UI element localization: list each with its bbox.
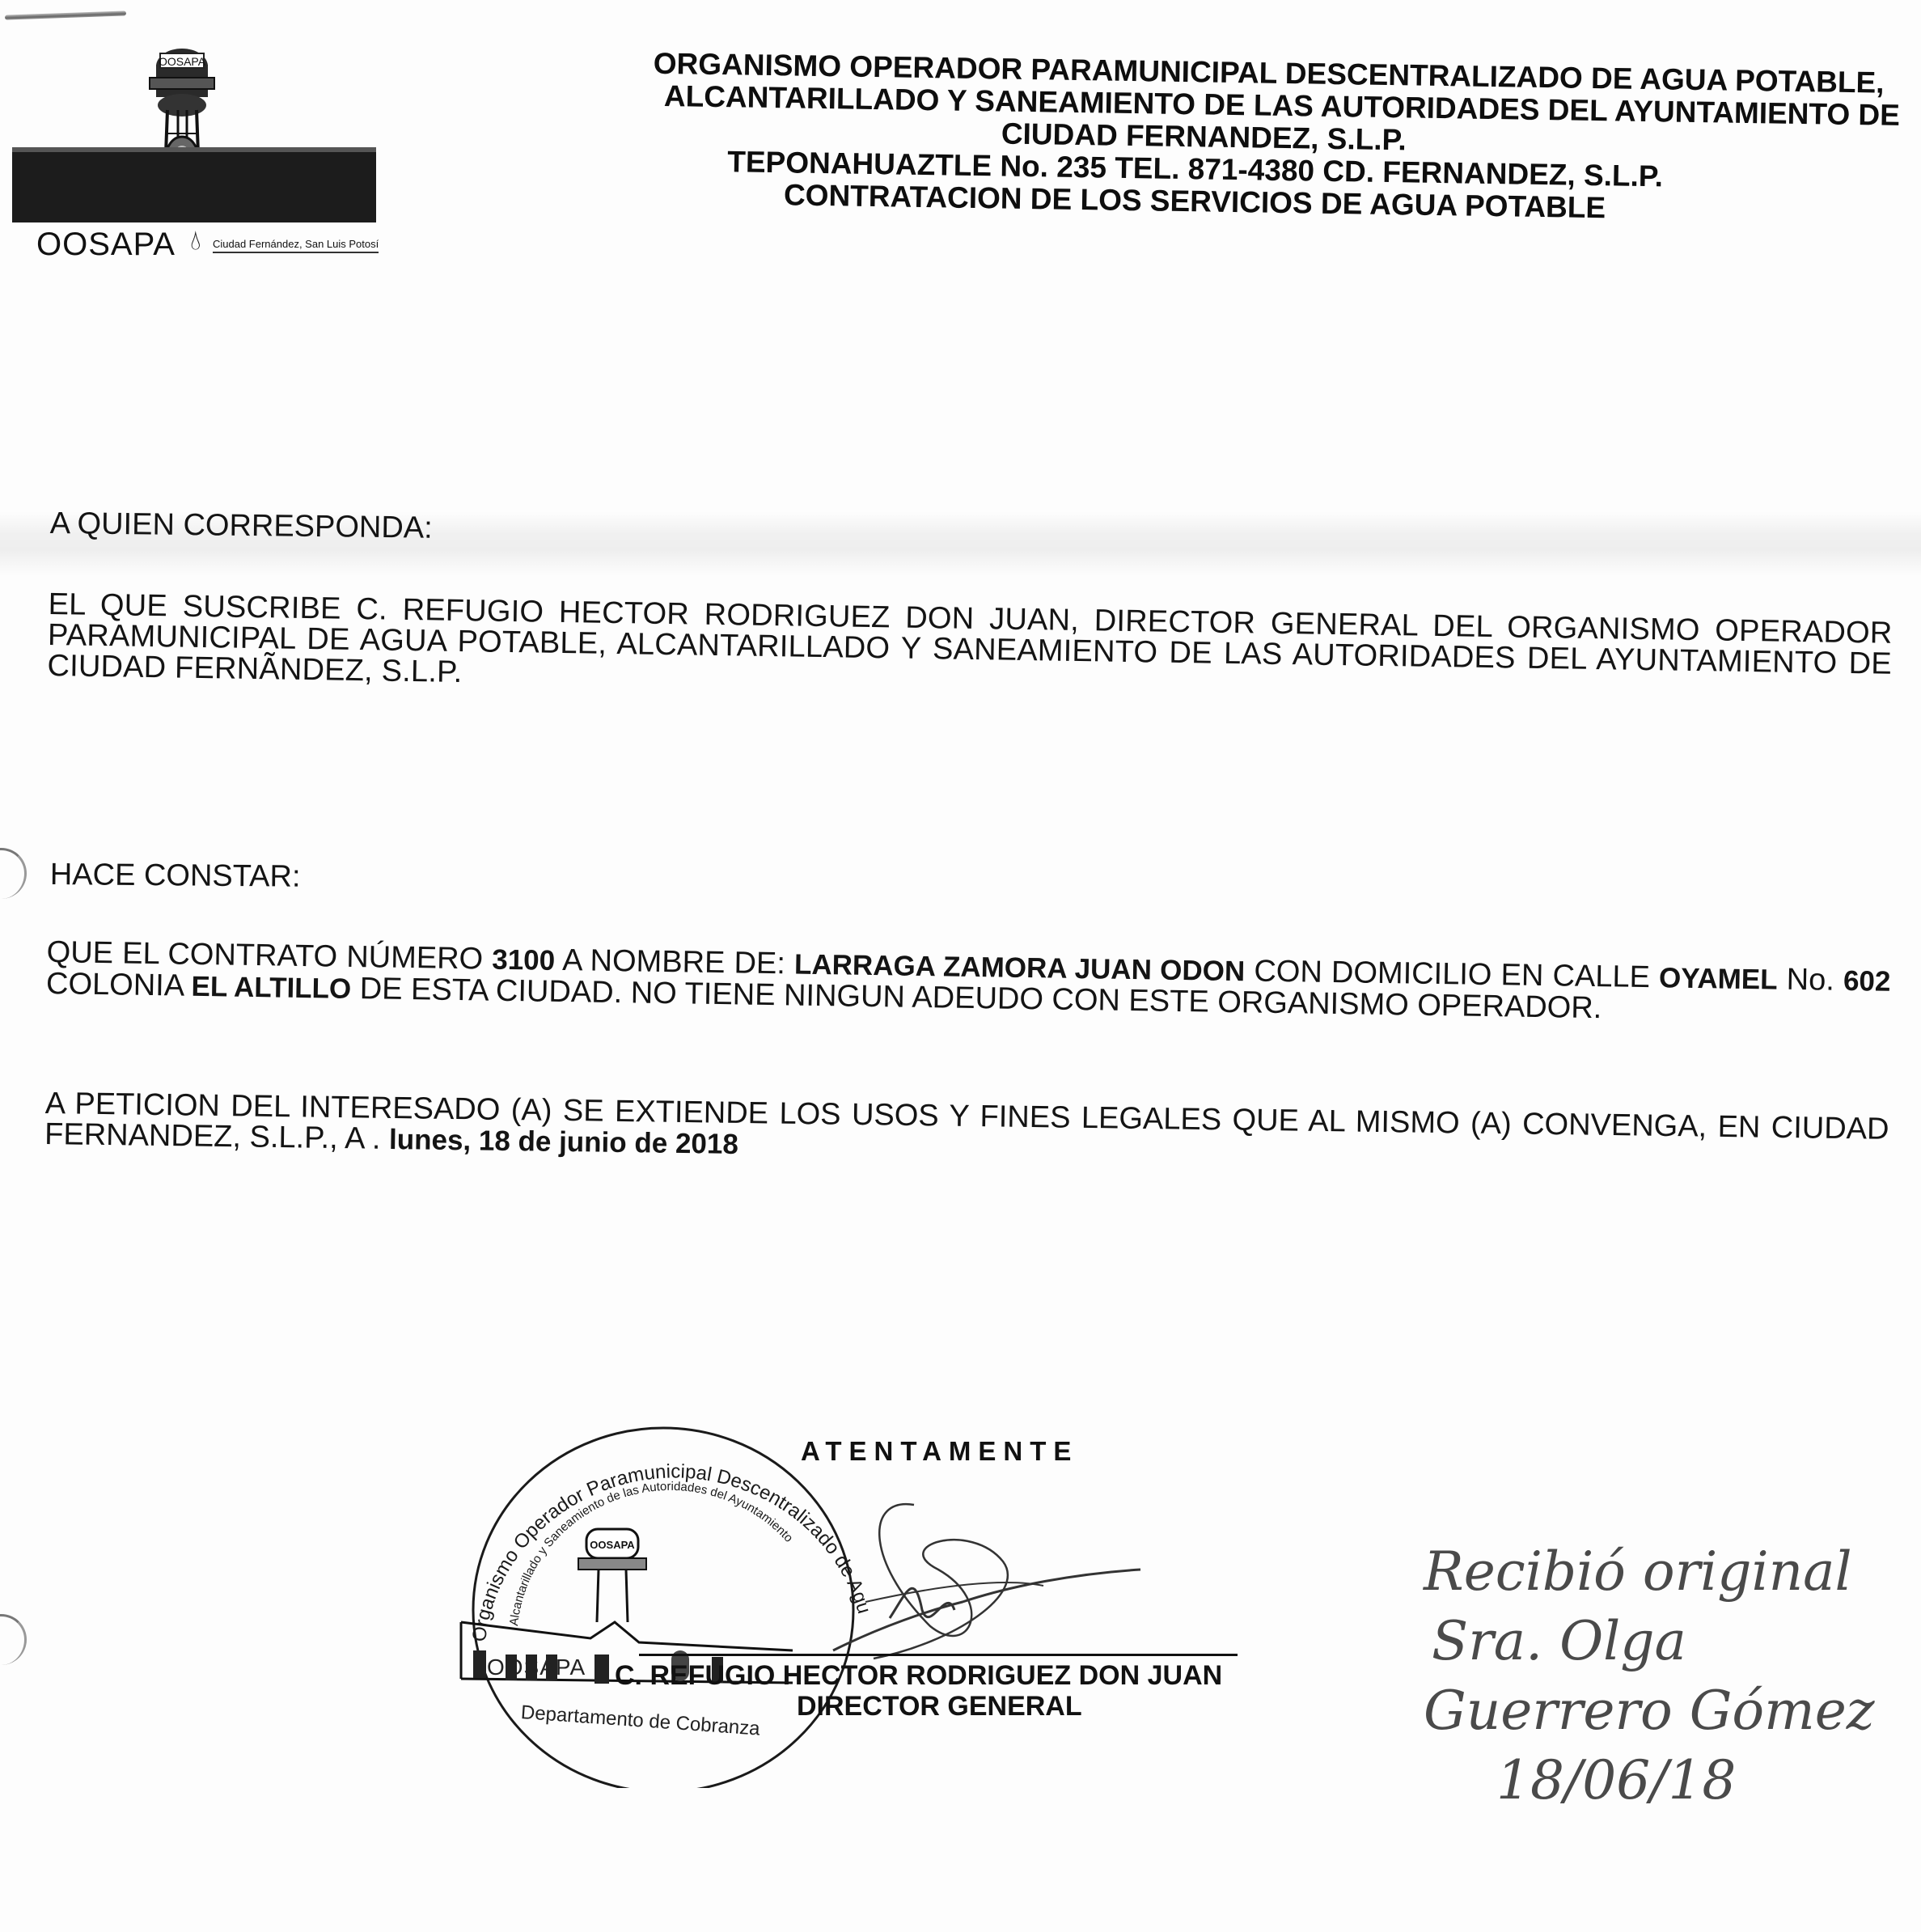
handwritten-signature-icon bbox=[817, 1489, 1157, 1675]
handwritten-line: Recibió original bbox=[1424, 1537, 1875, 1607]
handwritten-date: 18/06/18 bbox=[1424, 1746, 1875, 1815]
salutation: A QUIEN CORRESPONDA: bbox=[50, 508, 433, 544]
handwritten-line: Guerrero Gómez bbox=[1424, 1676, 1875, 1746]
text-segment: No. bbox=[1777, 963, 1843, 998]
contract-number: 3100 bbox=[492, 944, 555, 977]
colonia-name: EL ALTILLO bbox=[191, 971, 351, 1005]
signer-name: C. REFUGIO HECTOR RODRIGUEZ DON JUAN bbox=[615, 1660, 1222, 1692]
paragraph-certification: QUE EL CONTRATO NÚMERO 3100 A NOMBRE DE:… bbox=[46, 937, 1891, 1029]
signer-title: DIRECTOR GENERAL bbox=[797, 1691, 1082, 1722]
seal-wordmark: OOSAPA bbox=[487, 1654, 586, 1680]
punch-hole-mark bbox=[0, 1614, 27, 1665]
logo-location: Ciudad Fernández, San Luis Potosí bbox=[213, 238, 379, 253]
svg-text:OOSAPA: OOSAPA bbox=[590, 1539, 635, 1551]
paragraph-issuer: EL QUE SUSCRIBE C. REFUGIO HECTOR RODRIG… bbox=[47, 589, 1893, 710]
logo-wordmark: OOSAPA bbox=[36, 227, 176, 263]
text-segment: A PETICION DEL INTERESADO (A) SE EXTIEND… bbox=[44, 1087, 1889, 1156]
oosapa-logo: OOSAPA OOSAPA 💧︎ Ciudad Fernández, San L… bbox=[12, 32, 417, 267]
water-tower-building-icon: OOSAPA bbox=[12, 32, 417, 227]
street-number: 602 bbox=[1843, 965, 1891, 998]
handwritten-line: Sra. Olga bbox=[1424, 1607, 1875, 1676]
signature-line bbox=[639, 1654, 1238, 1656]
certifies-heading: HACE CONSTAR: bbox=[50, 859, 301, 892]
handwritten-receipt-note: Recibió original Sra. Olga Guerrero Góme… bbox=[1424, 1537, 1875, 1815]
water-drop-icon: 💧︎ bbox=[190, 225, 201, 256]
paragraph-purpose: A PETICION DEL INTERESADO (A) SE EXTIEND… bbox=[44, 1088, 1889, 1176]
letterhead: ORGANISMO OPERADOR PARAMUNICIPAL DESCENT… bbox=[459, 44, 1901, 229]
staple-mark bbox=[5, 11, 126, 19]
street-name: OYAMEL bbox=[1659, 962, 1778, 995]
punch-hole-mark bbox=[0, 848, 27, 899]
text-segment: COLONIA bbox=[46, 967, 192, 1003]
issue-date: lunes, 18 de junio de 2018 bbox=[389, 1124, 738, 1160]
svg-text:OOSAPA: OOSAPA bbox=[159, 55, 206, 68]
closing: ATENTAMENTE bbox=[801, 1436, 1078, 1467]
